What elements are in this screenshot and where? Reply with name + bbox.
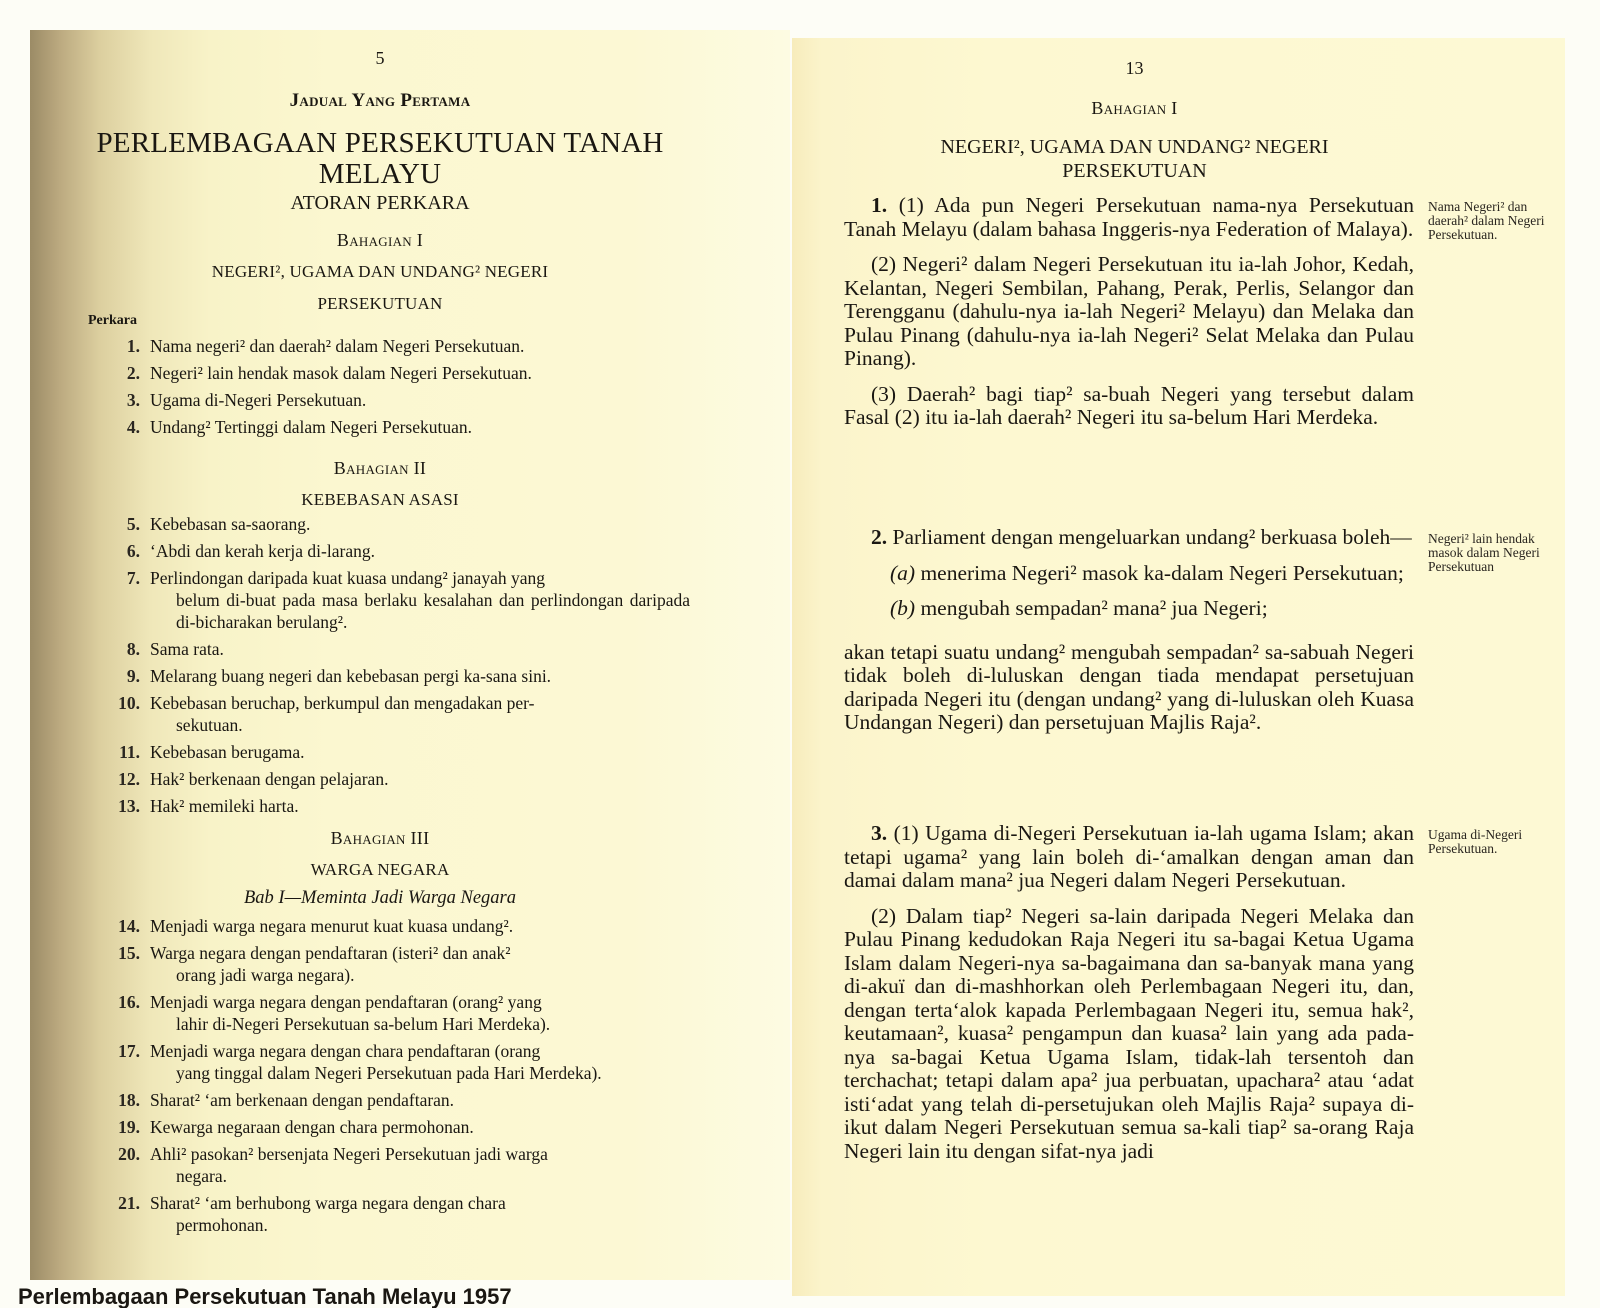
item-text: Menjadi warga negara dengan chara pendaf…: [150, 1040, 690, 1062]
item-number: 21.: [100, 1192, 140, 1214]
article-number: 3.: [871, 821, 887, 845]
contents-list-part-3: 14.Menjadi warga negara menurut kuat kua…: [100, 915, 690, 1241]
item-text-continued: negara.: [150, 1165, 690, 1187]
item-text: Sama rata.: [150, 638, 690, 660]
subtitle: ATORAN PERKARA: [30, 192, 730, 215]
item-text-continued: permohonan.: [150, 1214, 690, 1236]
list-item: 5.Kebebasan sa-saorang.: [100, 513, 690, 535]
list-item: 19.Kewarga negaraan dengan chara permoho…: [100, 1116, 690, 1138]
item-text: Perlindongan daripada kuat kuasa undang²…: [150, 567, 690, 589]
subclause-label: (a): [890, 561, 915, 585]
part-heading: Bahagian I: [30, 230, 730, 251]
item-number: 4.: [100, 416, 140, 438]
item-text-continued: yang tinggal dalam Negeri Persekutuan pa…: [150, 1062, 690, 1084]
margin-note: Ugama di-Negeri Persekutuan.: [1428, 828, 1548, 856]
item-text: Nama negeri² dan daerah² dalam Negeri Pe…: [150, 335, 690, 357]
clause-text: (2) Dalam tiap² Negeri sa-lain daripada …: [844, 904, 1414, 1163]
item-number: 9.: [100, 665, 140, 687]
item-number: 15.: [100, 942, 140, 964]
part-subheading: PERSEKUTUAN: [30, 294, 730, 314]
article-number: 2.: [871, 525, 887, 549]
list-item: 4.Undang² Tertinggi dalam Negeri Perseku…: [100, 416, 690, 438]
article-2: 2. Parliament dengan mengeluarkan undang…: [844, 526, 1414, 747]
clause: 3. (1) Ugama di-Negeri Persekutuan ia-la…: [844, 822, 1414, 893]
item-text: Menjadi warga negara dengan pendaftaran …: [150, 991, 690, 1013]
clause-text: (2) Negeri² dalam Negeri Persekutuan itu…: [844, 252, 1414, 370]
article-number: 1.: [871, 193, 887, 217]
clause-text: (1) Ada pun Negeri Persekutuan nama-nya …: [844, 193, 1414, 241]
item-number: 11.: [100, 741, 140, 763]
column-label: Perkara: [88, 313, 137, 329]
list-item: 2.Negeri² lain hendak masok dalam Negeri…: [100, 362, 690, 384]
part-subheading: NEGERI², UGAMA DAN UNDANG² NEGERI: [30, 262, 730, 282]
list-item: 20.Ahli² pasokan² bersenjata Negeri Pers…: [100, 1143, 690, 1187]
margin-note: Nama Negeri² dan daerah² dalam Negeri Pe…: [1428, 200, 1548, 242]
item-number: 16.: [100, 991, 140, 1013]
list-item: 17.Menjadi warga negara dengan chara pen…: [100, 1040, 690, 1084]
list-item: 6.‘Abdi dan kerah kerja di-larang.: [100, 540, 690, 562]
left-page: 5 Jadual Yang Pertama PERLEMBAGAAN PERSE…: [30, 30, 790, 1280]
subclause-label: (b): [890, 596, 915, 620]
list-item: 12.Hak² berkenaan dengan pelajaran.: [100, 768, 690, 790]
item-text: Hak² berkenaan dengan pelajaran.: [150, 768, 690, 790]
proviso: akan tetapi suatu undang² mengubah sempa…: [844, 641, 1414, 735]
item-text: Ugama di-Negeri Persekutuan.: [150, 389, 690, 411]
article-3: 3. (1) Ugama di-Negeri Persekutuan ia-la…: [844, 822, 1414, 1175]
schedule-heading: Jadual Yang Pertama: [30, 90, 730, 112]
item-text-continued: belum di-buat pada masa berlaku kesalaha…: [150, 589, 690, 633]
item-text-continued: sekutuan.: [150, 714, 690, 736]
item-text: ‘Abdi dan kerah kerja di-larang.: [150, 540, 690, 562]
item-text: Warga negara dengan pendaftaran (isteri²…: [150, 942, 690, 964]
clause-text: Parliament dengan mengeluarkan undang² b…: [893, 525, 1412, 549]
list-item: 13.Hak² memileki harta.: [100, 795, 690, 817]
list-item: 16.Menjadi warga negara dengan pendaftar…: [100, 991, 690, 1035]
subclause: (a) menerima Negeri² masok ka-dalam Nege…: [844, 562, 1414, 586]
page-number: 13: [792, 58, 1477, 79]
item-number: 2.: [100, 362, 140, 384]
item-number: 3.: [100, 389, 140, 411]
part-subheading: WARGA NEGARA: [30, 860, 730, 880]
clause: (3) Daerah² bagi tiap² sa-buah Negeri ya…: [844, 383, 1414, 430]
item-text: Sharat² ‘am berhubong warga negara denga…: [150, 1192, 690, 1214]
list-item: 21.Sharat² ‘am berhubong warga negara de…: [100, 1192, 690, 1236]
item-number: 8.: [100, 638, 140, 660]
subclause-text: menerima Negeri² masok ka-dalam Negeri P…: [920, 561, 1403, 585]
part-heading: Bahagian I: [792, 98, 1477, 119]
part-heading: Bahagian III: [30, 828, 730, 849]
item-text-continued: lahir di-Negeri Persekutuan sa-belum Har…: [150, 1013, 690, 1035]
clause: (2) Negeri² dalam Negeri Persekutuan itu…: [844, 253, 1414, 371]
item-text: Hak² memileki harta.: [150, 795, 690, 817]
item-text: Sharat² ‘am berkenaan dengan pendaftaran…: [150, 1089, 690, 1111]
item-text: Melarang buang negeri dan kebebasan perg…: [150, 665, 690, 687]
list-item: 8.Sama rata.: [100, 638, 690, 660]
item-number: 14.: [100, 915, 140, 937]
item-number: 6.: [100, 540, 140, 562]
item-text: Kebebasan sa-saorang.: [150, 513, 690, 535]
title-line-1: NEGERI², UGAMA DAN UNDANG² NEGERI: [792, 135, 1477, 159]
page-number: 5: [30, 48, 730, 69]
item-text: Kebebasan berugama.: [150, 741, 690, 763]
clause: 1. (1) Ada pun Negeri Persekutuan nama-n…: [844, 194, 1414, 241]
item-number: 13.: [100, 795, 140, 817]
right-page: 13 Bahagian I NEGERI², UGAMA DAN UNDANG²…: [792, 38, 1565, 1296]
part-subheading: KEBEBASAN ASASI: [30, 490, 730, 510]
item-number: 1.: [100, 335, 140, 357]
list-item: 14.Menjadi warga negara menurut kuat kua…: [100, 915, 690, 937]
item-number: 19.: [100, 1116, 140, 1138]
item-text: Kebebasan beruchap, berkumpul dan mengad…: [150, 692, 690, 714]
item-text: Menjadi warga negara menurut kuat kuasa …: [150, 915, 690, 937]
item-number: 18.: [100, 1089, 140, 1111]
article-1: 1. (1) Ada pun Negeri Persekutuan nama-n…: [844, 194, 1414, 442]
list-item: 1.Nama negeri² dan daerah² dalam Negeri …: [100, 335, 690, 357]
item-number: 7.: [100, 567, 140, 589]
document-title: PERLEMBAGAAN PERSEKUTUAN TANAH MELAYU: [30, 128, 730, 190]
part-title: NEGERI², UGAMA DAN UNDANG² NEGERI PERSEK…: [792, 135, 1477, 183]
list-item: 11.Kebebasan berugama.: [100, 741, 690, 763]
item-number: 20.: [100, 1143, 140, 1165]
contents-list-part-2: 5.Kebebasan sa-saorang. 6.‘Abdi dan kera…: [100, 513, 690, 822]
item-text: Kewarga negaraan dengan chara permohonan…: [150, 1116, 690, 1138]
part-heading: Bahagian II: [30, 458, 730, 479]
chapter-heading: Bab I—Meminta Jadi Warga Negara: [30, 888, 730, 909]
list-item: 7.Perlindongan daripada kuat kuasa undan…: [100, 567, 690, 633]
article-lead: 2. Parliament dengan mengeluarkan undang…: [844, 526, 1414, 550]
contents-list-part-1: 1.Nama negeri² dan daerah² dalam Negeri …: [100, 335, 690, 443]
item-text: Negeri² lain hendak masok dalam Negeri P…: [150, 362, 690, 384]
clause: (2) Dalam tiap² Negeri sa-lain daripada …: [844, 905, 1414, 1164]
list-item: 3.Ugama di-Negeri Persekutuan.: [100, 389, 690, 411]
item-text-continued: orang jadi warga negara).: [150, 964, 690, 986]
item-text: Undang² Tertinggi dalam Negeri Persekutu…: [150, 416, 690, 438]
item-number: 5.: [100, 513, 140, 535]
list-item: 18.Sharat² ‘am berkenaan dengan pendafta…: [100, 1089, 690, 1111]
title-line-2: PERSEKUTUAN: [792, 159, 1477, 183]
clause-text: (1) Ugama di-Negeri Persekutuan ia-lah u…: [844, 821, 1414, 892]
image-caption: Perlembagaan Persekutuan Tanah Melayu 19…: [18, 1284, 512, 1308]
list-item: 9.Melarang buang negeri dan kebebasan pe…: [100, 665, 690, 687]
list-item: 10.Kebebasan beruchap, berkumpul dan men…: [100, 692, 690, 736]
margin-note: Negeri² lain hendak masok dalam Negeri P…: [1428, 532, 1548, 574]
subclause: (b) mengubah sempadan² mana² jua Negeri;: [844, 597, 1414, 621]
item-number: 17.: [100, 1040, 140, 1062]
clause-text: (3) Daerah² bagi tiap² sa-buah Negeri ya…: [844, 382, 1414, 430]
list-item: 15.Warga negara dengan pendaftaran (iste…: [100, 942, 690, 986]
title-line-2: MELAYU: [30, 159, 730, 190]
item-number: 10.: [100, 692, 140, 714]
item-number: 12.: [100, 768, 140, 790]
subclause-text: mengubah sempadan² mana² jua Negeri;: [920, 596, 1267, 620]
title-line-1: PERLEMBAGAAN PERSEKUTUAN TANAH: [30, 128, 730, 159]
item-text: Ahli² pasokan² bersenjata Negeri Perseku…: [150, 1143, 690, 1165]
